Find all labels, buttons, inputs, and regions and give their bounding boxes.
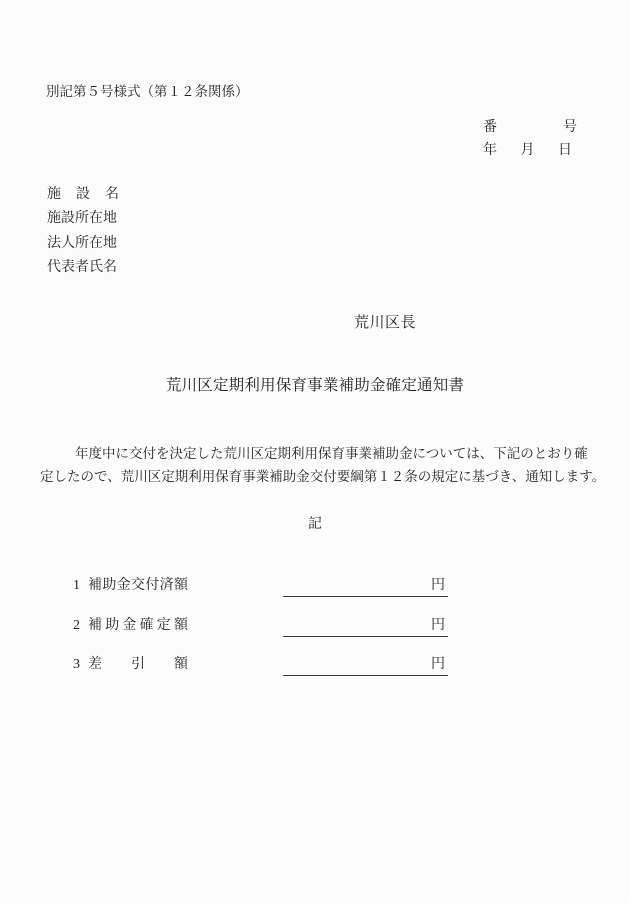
item-label: 差引額 xyxy=(88,657,188,676)
date-year-label: 年 xyxy=(483,143,497,158)
body-paragraph-line-1: 年度中に交付を決定した荒川区定期利用保育事業補助金については、下記のとおり確 xyxy=(40,447,592,462)
document-number-suffix: 号 xyxy=(563,120,577,135)
document-number-prefix: 番 xyxy=(483,120,497,135)
item-label: 補助金確定額 xyxy=(88,618,188,637)
date-day-label: 日 xyxy=(558,143,572,158)
item-number: 1 xyxy=(73,578,88,597)
unit-label: 円 xyxy=(431,657,445,675)
body-paragraph-line-2: 定したので、荒川区定期利用保育事業補助金交付要綱第１２条の規定に基づき、通知しま… xyxy=(40,470,592,485)
item-number: 3 xyxy=(73,657,88,676)
facility-address-label: 施設所在地 xyxy=(47,211,117,226)
record-heading: 記 xyxy=(40,517,590,532)
amount-blank-field: 円 xyxy=(283,578,448,597)
subsidy-item-row-fixed: 2 補助金確定額 円 xyxy=(40,618,590,637)
item-number: 2 xyxy=(73,618,88,637)
facility-name-label: 施設名 xyxy=(47,187,119,202)
form-number-note: 別記第５号様式（第１２条関係） xyxy=(46,85,249,100)
document-number-field: 番 号 xyxy=(483,120,577,135)
amount-blank-field: 円 xyxy=(283,618,448,637)
item-label: 補助金交付済額 xyxy=(88,578,188,597)
date-month-label: 月 xyxy=(521,143,535,158)
unit-label: 円 xyxy=(431,578,445,596)
subsidy-item-row-balance: 3 差引額 円 xyxy=(40,657,590,676)
date-field: 年 月 日 xyxy=(483,143,572,158)
subsidy-item-row-paid: 1 補助金交付済額 円 xyxy=(40,578,590,597)
amount-blank-field: 円 xyxy=(283,657,448,676)
issuer-name: 荒川区長 xyxy=(354,315,416,331)
unit-label: 円 xyxy=(431,618,445,636)
representative-name-label: 代表者氏名 xyxy=(47,260,117,275)
document-title: 荒川区定期利用保育事業補助金確定通知書 xyxy=(0,377,630,394)
document-page: 別記第５号様式（第１２条関係） 番 号 年 月 日 施設名 施設所在地 法人所在… xyxy=(0,0,630,903)
corporation-address-label: 法人所在地 xyxy=(47,236,117,251)
